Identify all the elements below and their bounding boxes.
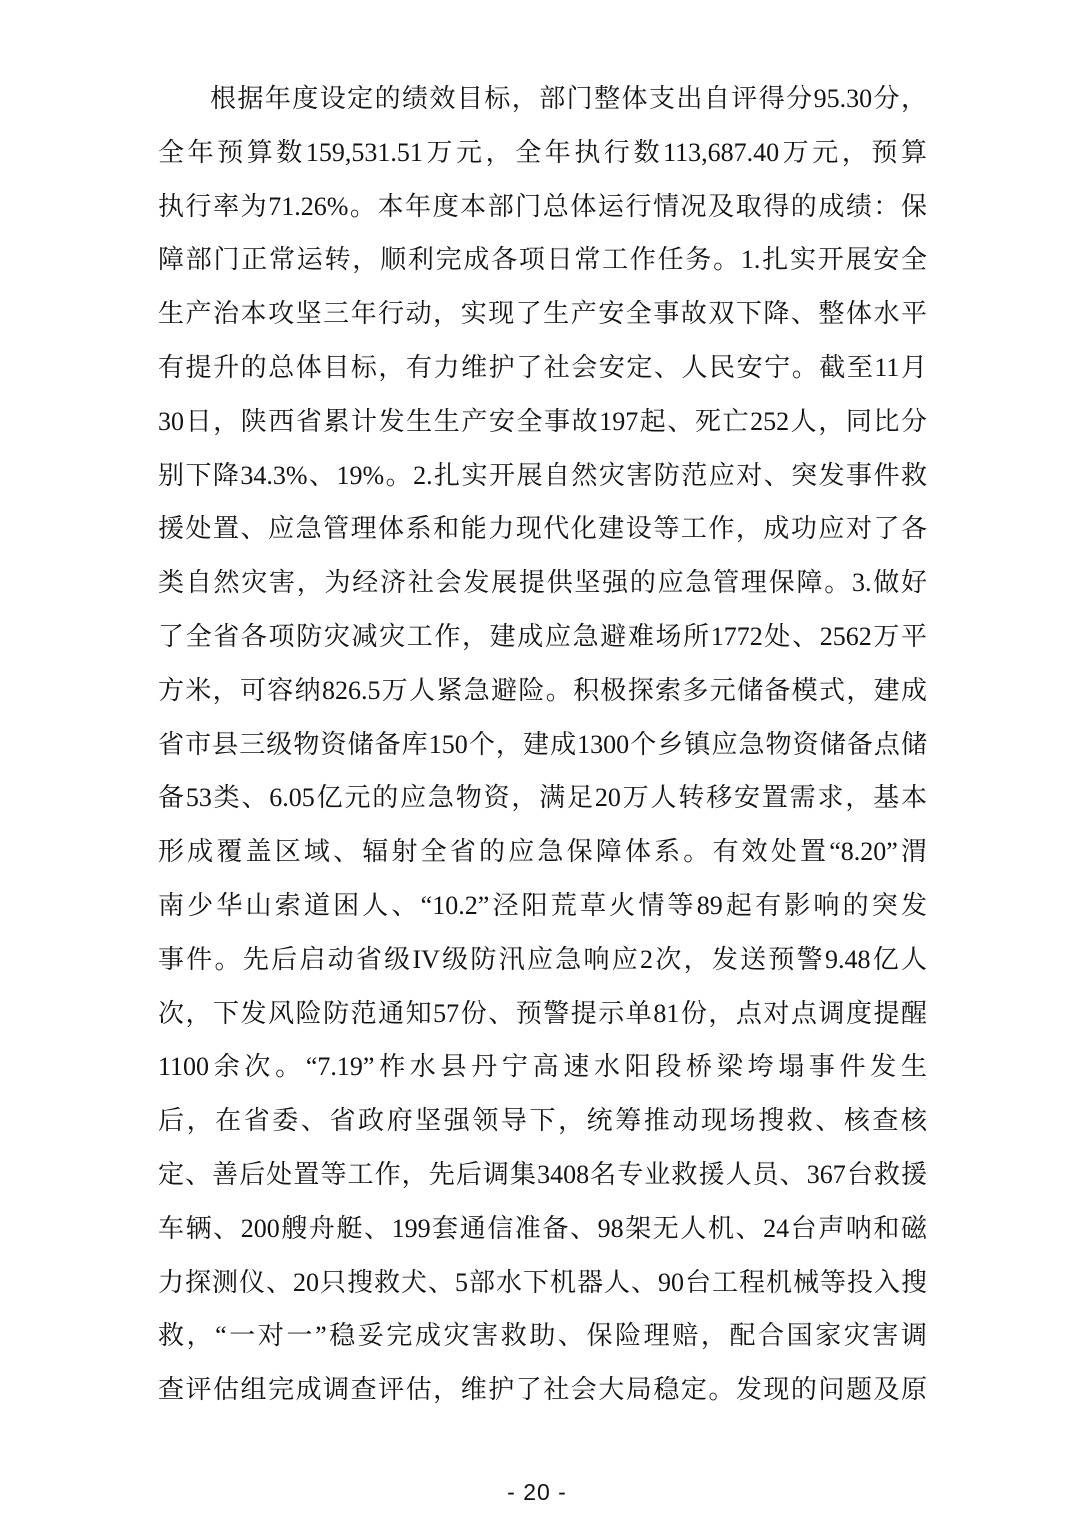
text-line: 了全省各项防灾减灾工作，建成应急避难场所1772处、2562万平 bbox=[158, 610, 927, 664]
text-line: 救，“一对一”稳妥完成灾害救助、保险理赔，配合国家灾害调 bbox=[158, 1309, 927, 1363]
text-line: 次，下发风险防范通知57份、预警提示单81份，点对点调度提醒 bbox=[158, 987, 927, 1041]
text-line: 后，在省委、省政府坚强领导下，统筹推动现场搜救、核查核 bbox=[158, 1094, 927, 1148]
text-line: 有提升的总体目标，有力维护了社会安定、人民安宁。截至11月 bbox=[158, 341, 927, 395]
text-line: 查评估组完成调查评估，维护了社会大局稳定。发现的问题及原 bbox=[158, 1363, 927, 1417]
text-line: 1100余次。“7.19”柞水县丹宁高速水阳段桥梁垮塌事件发生 bbox=[158, 1040, 927, 1094]
text-line: 南少华山索道困人、“10.2”泾阳荒草火情等89起有影响的突发 bbox=[158, 879, 927, 933]
text-line: 30日，陕西省累计发生生产安全事故197起、死亡252人，同比分 bbox=[158, 395, 927, 449]
text-line: 执行率为71.26%。本年度本部门总体运行情况及取得的成绩：保 bbox=[158, 180, 927, 234]
text-line: 根据年度设定的绩效目标，部门整体支出自评得分95.30分， bbox=[158, 72, 927, 126]
document-page: 根据年度设定的绩效目标，部门整体支出自评得分95.30分，全年预算数159,53… bbox=[0, 0, 1074, 1520]
text-line: 援处置、应急管理体系和能力现代化建设等工作，成功应对了各 bbox=[158, 502, 927, 556]
page-footer: - 20 - bbox=[0, 1479, 1074, 1506]
text-line: 定、善后处置等工作，先后调集3408名专业救援人员、367台救援 bbox=[158, 1148, 927, 1202]
text-line: 类自然灾害，为经济社会发展提供坚强的应急管理保障。3.做好 bbox=[158, 556, 927, 610]
text-line: 生产治本攻坚三年行动，实现了生产安全事故双下降、整体水平 bbox=[158, 287, 927, 341]
text-line: 事件。先后启动省级IV级防汛应急响应2次，发送预警9.48亿人 bbox=[158, 933, 927, 987]
page-number: - 20 - bbox=[507, 1479, 567, 1505]
text-line: 车辆、200艘舟艇、199套通信准备、98架无人机、24台声呐和磁 bbox=[158, 1202, 927, 1256]
text-line: 障部门正常运转，顺利完成各项日常工作任务。1.扎实开展安全 bbox=[158, 233, 927, 287]
text-line: 别下降34.3%、19%。2.扎实开展自然灾害防范应对、突发事件救 bbox=[158, 449, 927, 503]
text-line: 形成覆盖区域、辐射全省的应急保障体系。有效处置“8.20”渭 bbox=[158, 825, 927, 879]
text-line: 全年预算数159,531.51万元，全年执行数113,687.40万元，预算 bbox=[158, 126, 927, 180]
document-body: 根据年度设定的绩效目标，部门整体支出自评得分95.30分，全年预算数159,53… bbox=[158, 72, 927, 1417]
text-line: 省市县三级物资储备库150个，建成1300个乡镇应急物资储备点储 bbox=[158, 718, 927, 772]
text-line: 力探测仪、20只搜救犬、5部水下机器人、90台工程机械等投入搜 bbox=[158, 1256, 927, 1310]
text-line: 方米，可容纳826.5万人紧急避险。积极探索多元储备模式，建成 bbox=[158, 664, 927, 718]
text-line: 备53类、6.05亿元的应急物资，满足20万人转移安置需求，基本 bbox=[158, 771, 927, 825]
